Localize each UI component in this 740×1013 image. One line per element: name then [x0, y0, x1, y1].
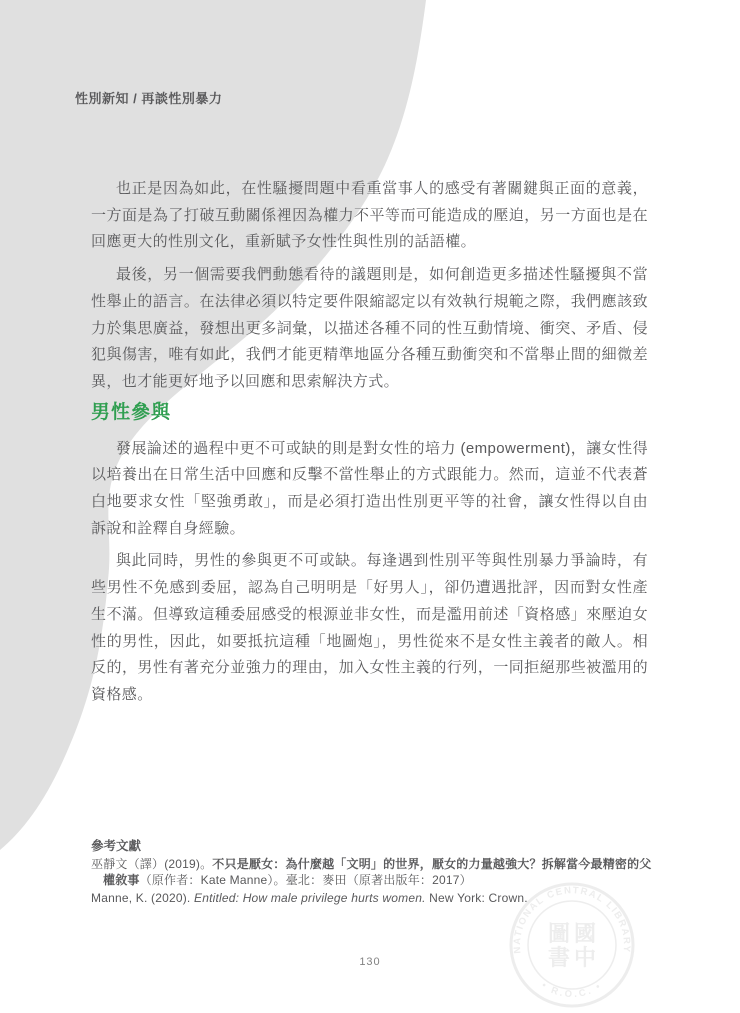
reference-text: （原作者：Kate Manne）。臺北：麥田（原著出版年：2017） — [140, 873, 472, 887]
paragraph: 發展論述的過程中更不可或缺的則是對女性的培力 (empowerment)，讓女性… — [91, 436, 648, 543]
references-heading: 參考文獻 — [91, 838, 653, 855]
body-content: 也正是因為如此，在性騷擾問題中看重當事人的感受有著關鍵與正面的意義，一方面是為了… — [91, 176, 648, 709]
references-section: 參考文獻 巫靜文（譯）(2019)。不只是厭女：為什麼越「文明」的世界，厭女的力… — [91, 838, 653, 906]
seal-character: 國 — [574, 921, 596, 946]
paragraph: 與此同時，男性的參與更不可或缺。每逢遇到性別平等與性別暴力爭論時，有些男性不免感… — [91, 548, 648, 708]
reference-text: New York: Crown. — [426, 891, 528, 905]
page-number: 130 — [0, 956, 740, 968]
seal-ring-text-bottom: • R.O.C. • — [539, 980, 604, 1000]
document-page: NATIONAL CENTRAL LIBRARY • R.O.C. • 國 中 … — [0, 0, 740, 1013]
section-heading: 男性參與 — [91, 401, 648, 425]
reference-entry: Manne, K. (2020). Entitled: How male pri… — [91, 890, 653, 906]
reference-entry: 巫靜文（譯）(2019)。不只是厭女：為什麼越「文明」的世界，厭女的力量越強大？… — [91, 856, 653, 889]
running-header: 性別新知 / 再談性別暴力 — [75, 88, 222, 107]
paragraph: 也正是因為如此，在性騷擾問題中看重當事人的感受有著關鍵與正面的意義，一方面是為了… — [91, 176, 648, 256]
reference-title: Entitled: How male privilege hurts women… — [194, 891, 426, 905]
seal-inner-ring — [528, 901, 616, 989]
seal-character: 圖 — [548, 921, 570, 946]
reference-text: 巫靜文（譯）(2019)。 — [91, 857, 212, 871]
paragraph: 最後，另一個需要我們動態看待的議題則是，如何創造更多描述性騷擾與不當性舉止的語言… — [91, 262, 648, 396]
reference-text: Manne, K. (2020). — [91, 891, 194, 905]
